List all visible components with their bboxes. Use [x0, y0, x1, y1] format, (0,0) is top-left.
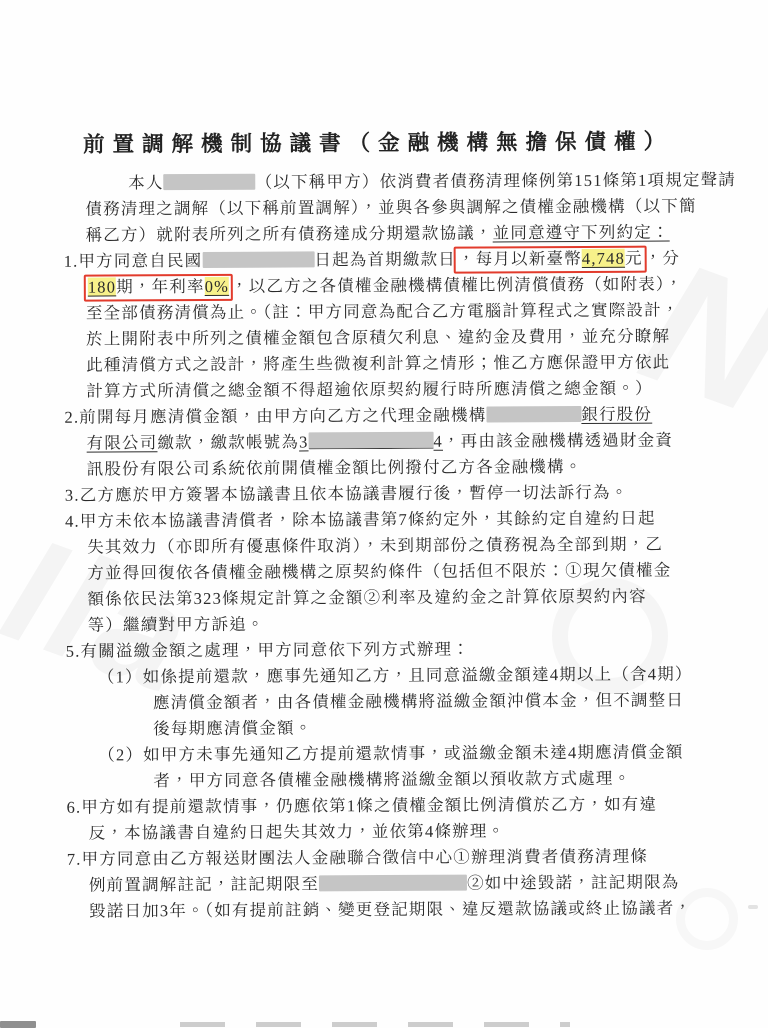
document-line: 本人（以下稱甲方）依消費者債務清理條例第151條第1項規定聲請	[63, 167, 713, 196]
document-line: 應清償金額者，由各債權金融機構將溢繳金額沖償本金，但不調整日	[66, 687, 716, 716]
document-line: 180期，年利率0%，以乙方之各債權金融機構債權比例清償債務（如附表），	[64, 271, 714, 300]
text-run: （2）如甲方未事先通知乙方提前還款情事，或溢繳金額未達4期應清償金額	[98, 742, 683, 764]
text-run: 本人	[128, 173, 164, 192]
text-run: 者，甲方同意各債權金融機構將溢繳金額以預收款方式處理。	[153, 769, 631, 791]
text-run: ，分	[645, 248, 681, 267]
text-run: 4.甲方未依本協議書清償者，除本協議書第7條約定外，其餘約定自違約日起	[65, 509, 656, 531]
document-line: 6.甲方如有提前還款情事，仍應依第1條之債權金額比例清償於乙方，如有違	[66, 791, 716, 820]
document-line: 計算方式所清償之總金額不得超逾依原契約履行時所應清償之總金額。）	[64, 375, 714, 404]
text-run: 繳款，繳款帳號為	[157, 432, 299, 452]
text-run: 1.甲方同意自民國	[64, 251, 203, 271]
text-run: 計算方式所清償之總金額不得超逾依原契約履行時所應清償之總金額。）	[86, 379, 652, 401]
text-run: 6.甲方如有提前還款情事，仍應依第1條之債權金額比例清償於乙方，如有違	[66, 795, 657, 817]
document-line: 7.甲方同意由乙方報送財團法人金融聯合徵信中心①辦理消費者債務清理條	[67, 843, 717, 872]
text-run: 額係依民法第323條規定計算之金額②利率及違約金之計算依原契約內容	[87, 587, 646, 609]
text-run: 失其效力（亦即所有優惠條件取消），未到期部份之債務視為全部到期，乙	[87, 535, 663, 557]
text-run: 應清償金額者，由各債權金融機構將溢繳金額沖償本金，但不調整日	[153, 690, 684, 712]
text-run: 日起為首期繳款日	[314, 250, 456, 270]
red-annotation-box: ，每月以新臺幣4,748元	[454, 246, 647, 274]
scan-artifact-bottom-left	[0, 1021, 36, 1028]
document-line: 有限公司繳款，繳款帳號為34，再由該金融機構透過財金資	[65, 427, 715, 456]
highlighted-value: 0%	[205, 277, 230, 296]
document-line: 5.有關溢繳金額之處理，甲方同意依下列方式辦理：	[66, 635, 716, 664]
text-run: 7.甲方同意由乙方報送財團法人金融聯合徵信中心①辦理消費者債務清理條	[67, 847, 648, 869]
text-run: 反，本協議書自違約日起失其效力，並依第4條辦理。	[89, 821, 506, 842]
document-line: 至全部債務清償為止。（註：甲方同意為配合乙方電腦計算程式之實際設計，	[64, 297, 714, 326]
text-run: 稱乙方）就附表所列之所有債務達成分期還款協議，	[85, 223, 492, 244]
text-run: 3.乙方應於甲方簽署本協議書且依本協議書履行後，暫停一切法訴行為。	[65, 483, 629, 505]
document-line: 例前置調解註記，註記期限至②如中途毀諾，註記期限為	[67, 869, 717, 898]
document-line: 2.前開每月應清償金額，由甲方向乙方之代理金融機構銀行股份	[64, 401, 714, 430]
scan-artifact-bottom-smudge	[180, 1022, 570, 1027]
text-run: 毀諾日加3年。（如有提前註銷、變更登記期限、違反還款協議或終止協議者，	[89, 898, 692, 920]
redaction-box	[202, 251, 314, 268]
document-line: 稱乙方）就附表所列之所有債務達成分期還款協議，並同意遵守下列約定：	[63, 219, 713, 248]
text-run: ，再由該金融機構透過財金資	[443, 431, 673, 451]
document-title: 前置調解機制協議書（金融機構無擔保債權）	[83, 128, 713, 157]
highlighted-value: 180	[88, 277, 116, 296]
text-run: 訊股份有限公司系統依前開債權金額比例撥付乙方各金融機構。	[87, 457, 583, 479]
text-run: 債務清理之調解（以下稱前置調解），並與各參與調解之債權金融機構（以下簡	[85, 196, 696, 218]
document-line: 後每期應清償金額。	[66, 713, 716, 742]
document-line: 於上開附表中所列之債權金額包含原積欠利息、違約金及費用，並充分瞭解	[64, 323, 714, 352]
text-run: （1）如係提前還款，應事先通知乙方，且同意溢繳金額達4期以上（含4期）	[98, 664, 693, 686]
document-content: 前置調解機制協議書（金融機構無擔保債權） 本人（以下稱甲方）依消費者債務清理條例…	[63, 128, 717, 924]
text-run: 期，年利率	[116, 277, 205, 296]
document-line: 債務清理之調解（以下稱前置調解），並與各參與調解之債權金融機構（以下簡	[63, 193, 713, 222]
document-line: 3.乙方應於甲方簽署本協議書且依本協議書履行後，暫停一切法訴行為。	[65, 479, 715, 508]
text-run: （以下稱甲方）依消費者債務清理條例第151條第1項規定聲請	[256, 170, 736, 192]
text-run: ，每月以新臺幣	[458, 249, 582, 269]
document-line: 毀諾日加3年。（如有提前註銷、變更登記期限、違反還款協議或終止協議者，	[67, 895, 717, 924]
document-line: 等）繼續對甲方訴追。	[66, 609, 716, 638]
document-line: 訊股份有限公司系統依前開債權金額比例撥付乙方各金融機構。	[65, 453, 715, 482]
redaction-box	[486, 406, 581, 422]
document-line: （2）如甲方未事先通知乙方提前還款情事，或溢繳金額未達4期應清償金額	[66, 739, 716, 768]
text-run: ②如中途毀諾，註記期限為	[467, 872, 680, 892]
document-line: 反，本協議書自違約日起失其效力，並依第4條辦理。	[67, 817, 717, 846]
text-run: 有限公司	[87, 433, 158, 452]
redaction-box	[319, 875, 467, 892]
text-run: 例前置調解註記，註記期限至	[89, 874, 319, 894]
text-run: 方並得回復依各債權金融機構之原契約條件（包括但不限於：①現欠債權金	[87, 561, 671, 583]
text-run: 銀行股份	[581, 405, 652, 424]
document-line: 1.甲方同意自民國日起為首期繳款日，每月以新臺幣4,748元，分	[64, 245, 714, 274]
text-run: 於上開附表中所列之債權金額包含原積欠利息、違約金及費用，並充分瞭解	[86, 327, 670, 349]
text-run: 2.前開每月應清償金額，由甲方向乙方之代理金融機構	[64, 405, 486, 426]
document-line: 額係依民法第323條規定計算之金額②利率及違約金之計算依原契約內容	[65, 583, 715, 612]
text-run: 等）繼續對甲方訴追。	[88, 615, 265, 635]
text-run: 後每期應清償金額。	[153, 718, 312, 738]
text-run: 3	[299, 432, 309, 451]
scanned-document-page: Ila N 前置調解機制協議書（金融機構無擔保債權） 本人（以下稱甲方）依消費者…	[0, 0, 768, 1028]
document-line: 失其效力（亦即所有優惠條件取消），未到期部份之債務視為全部到期，乙	[65, 531, 715, 560]
red-annotation-box: 180期，年利率0%	[84, 274, 233, 302]
document-line: 4.甲方未依本協議書清償者，除本協議書第7條約定外，其餘約定自違約日起	[65, 505, 715, 534]
text-run: 4	[433, 432, 443, 451]
document-line: 方並得回復依各債權金融機構之原契約條件（包括但不限於：①現欠債權金	[65, 557, 715, 586]
redaction-box	[164, 174, 256, 190]
highlighted-value: 4,748	[582, 249, 625, 268]
text-run: 至全部債務清償為止。（註：甲方同意為配合乙方電腦計算程式之實際設計，	[86, 300, 680, 322]
text-run: 5.有關溢繳金額之處理，甲方同意依下列方式辦理：	[66, 640, 470, 661]
text-run: 並同意遵守下列約定：	[493, 223, 670, 243]
scan-artifact-right-dot	[748, 905, 758, 909]
text-run: ，以乙方之各債權金融機構債權比例清償債務（如附表），	[231, 274, 683, 295]
document-body: 本人（以下稱甲方）依消費者債務清理條例第151條第1項規定聲請債務清理之調解（以…	[63, 167, 717, 924]
text-run: 元	[625, 249, 643, 268]
document-line: 者，甲方同意各債權金融機構將溢繳金額以預收款方式處理。	[66, 765, 716, 794]
text-run: 此種清償方式之設計，將產生些微複利計算之情形；惟乙方應保證甲方依此	[86, 353, 670, 375]
document-line: 此種清償方式之設計，將產生些微複利計算之情形；惟乙方應保證甲方依此	[64, 349, 714, 378]
redaction-box	[308, 432, 433, 450]
document-line: （1）如係提前還款，應事先通知乙方，且同意溢繳金額達4期以上（含4期）	[66, 661, 716, 690]
